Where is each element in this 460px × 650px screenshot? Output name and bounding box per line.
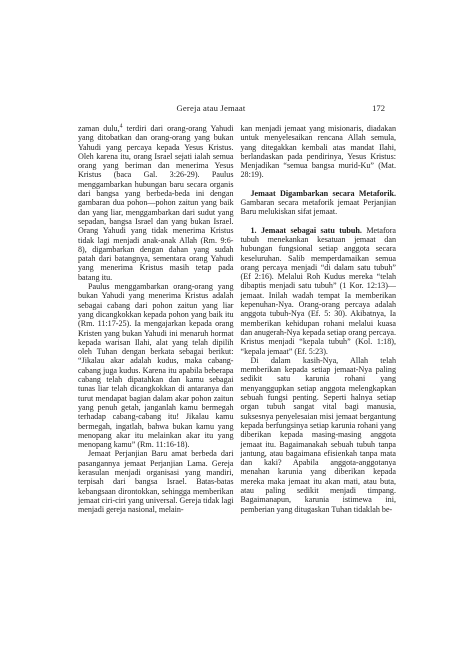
paragraph-text: terdiri dari orang-orang Yahudi yang dit… xyxy=(78,124,234,282)
paragraph: Jemaat Digambarkan secara Metaforik. Gam… xyxy=(241,189,397,217)
paragraph: Jemaat Perjanjian Baru amat berbeda dari… xyxy=(78,449,234,514)
right-column: kan menjadi jemaat yang misionaris, diad… xyxy=(241,124,397,514)
paragraph: Di dalam kasih-Nya, Allah telah memberik… xyxy=(241,356,397,514)
left-column: zaman dulu,4 terdiri dari orang-orang Ya… xyxy=(78,124,234,514)
paragraph: zaman dulu,4 terdiri dari orang-orang Ya… xyxy=(78,124,234,282)
scanned-book-page: Gereja atau Jemaat 172 zaman dulu,4 terd… xyxy=(0,0,460,650)
paragraph: Paulus menggambarkan orang-orang yang bu… xyxy=(78,282,234,449)
text-columns: zaman dulu,4 terdiri dari orang-orang Ya… xyxy=(78,124,396,514)
paragraph: kan menjadi jemaat yang misionaris, diad… xyxy=(241,124,397,180)
subsection-heading: 1. Jemaat sebagai satu tubuh. xyxy=(251,226,362,235)
page-number: 172 xyxy=(372,103,385,114)
paragraph-text: zaman dulu, xyxy=(78,124,120,133)
section-heading: Jemaat Digambarkan secara Metaforik. xyxy=(251,189,397,198)
paragraph-text: Metafora tubuh menekankan kesatuan jemaa… xyxy=(241,226,397,356)
running-title: Gereja atau Jemaat xyxy=(52,103,370,114)
paragraph-text: Gambaran secara metaforik jemaat Perjanj… xyxy=(241,198,397,216)
paragraph: 1. Jemaat sebagai satu tubuh. Metafora t… xyxy=(241,226,397,356)
running-head: Gereja atau Jemaat 172 xyxy=(78,103,396,117)
